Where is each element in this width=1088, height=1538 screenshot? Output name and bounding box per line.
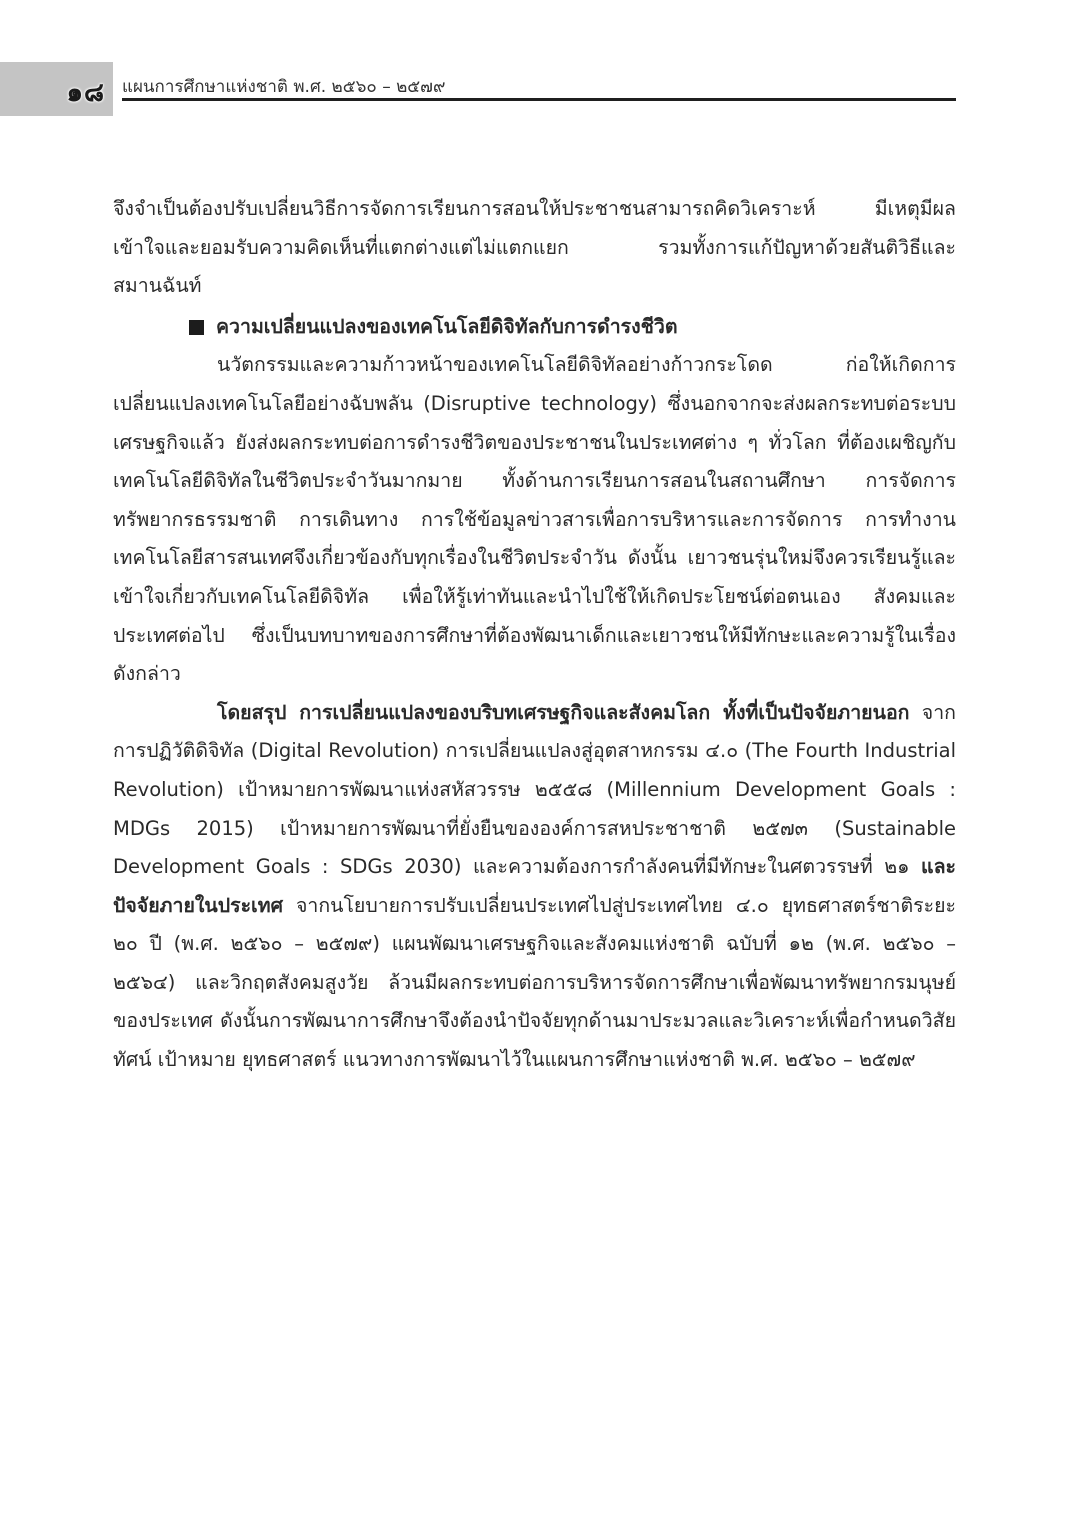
- summary-text-part-2: จากนโยบายการปรับเปลี่ยนประเทศไปสู่ประเทศ…: [113, 894, 956, 1071]
- intro-paragraph: จึงจำเป็นต้องปรับเปลี่ยนวิธีการจัดการเรี…: [113, 190, 956, 306]
- header-rule-divider: [122, 98, 956, 101]
- page-body: จึงจำเป็นต้องปรับเปลี่ยนวิธีการจัดการเรี…: [113, 190, 956, 1080]
- page-number: ๑๘: [66, 72, 105, 113]
- section-paragraph: นวัตกรรมและความก้าวหน้าของเทคโนโลยีดิจิท…: [113, 346, 956, 693]
- page-number-tab: ๑๘: [0, 62, 113, 116]
- summary-paragraph: โดยสรุป การเปลี่ยนแปลงของบริบทเศรษฐกิจแล…: [113, 694, 956, 1080]
- square-bullet-icon: [189, 320, 204, 335]
- summary-text-part-1: จากการปฏิวัติดิจิทัล (Digital Revolution…: [113, 701, 956, 878]
- summary-bold-lead: โดยสรุป การเปลี่ยนแปลงของบริบทเศรษฐกิจแล…: [217, 701, 909, 724]
- running-header-title: แผนการศึกษาแห่งชาติ พ.ศ. ๒๕๖๐ – ๒๕๗๙: [122, 73, 445, 100]
- section-heading-text: ความเปลี่ยนแปลงของเทคโนโลยีดิจิทัลกับการ…: [216, 308, 678, 347]
- section-heading: ความเปลี่ยนแปลงของเทคโนโลยีดิจิทัลกับการ…: [113, 308, 956, 347]
